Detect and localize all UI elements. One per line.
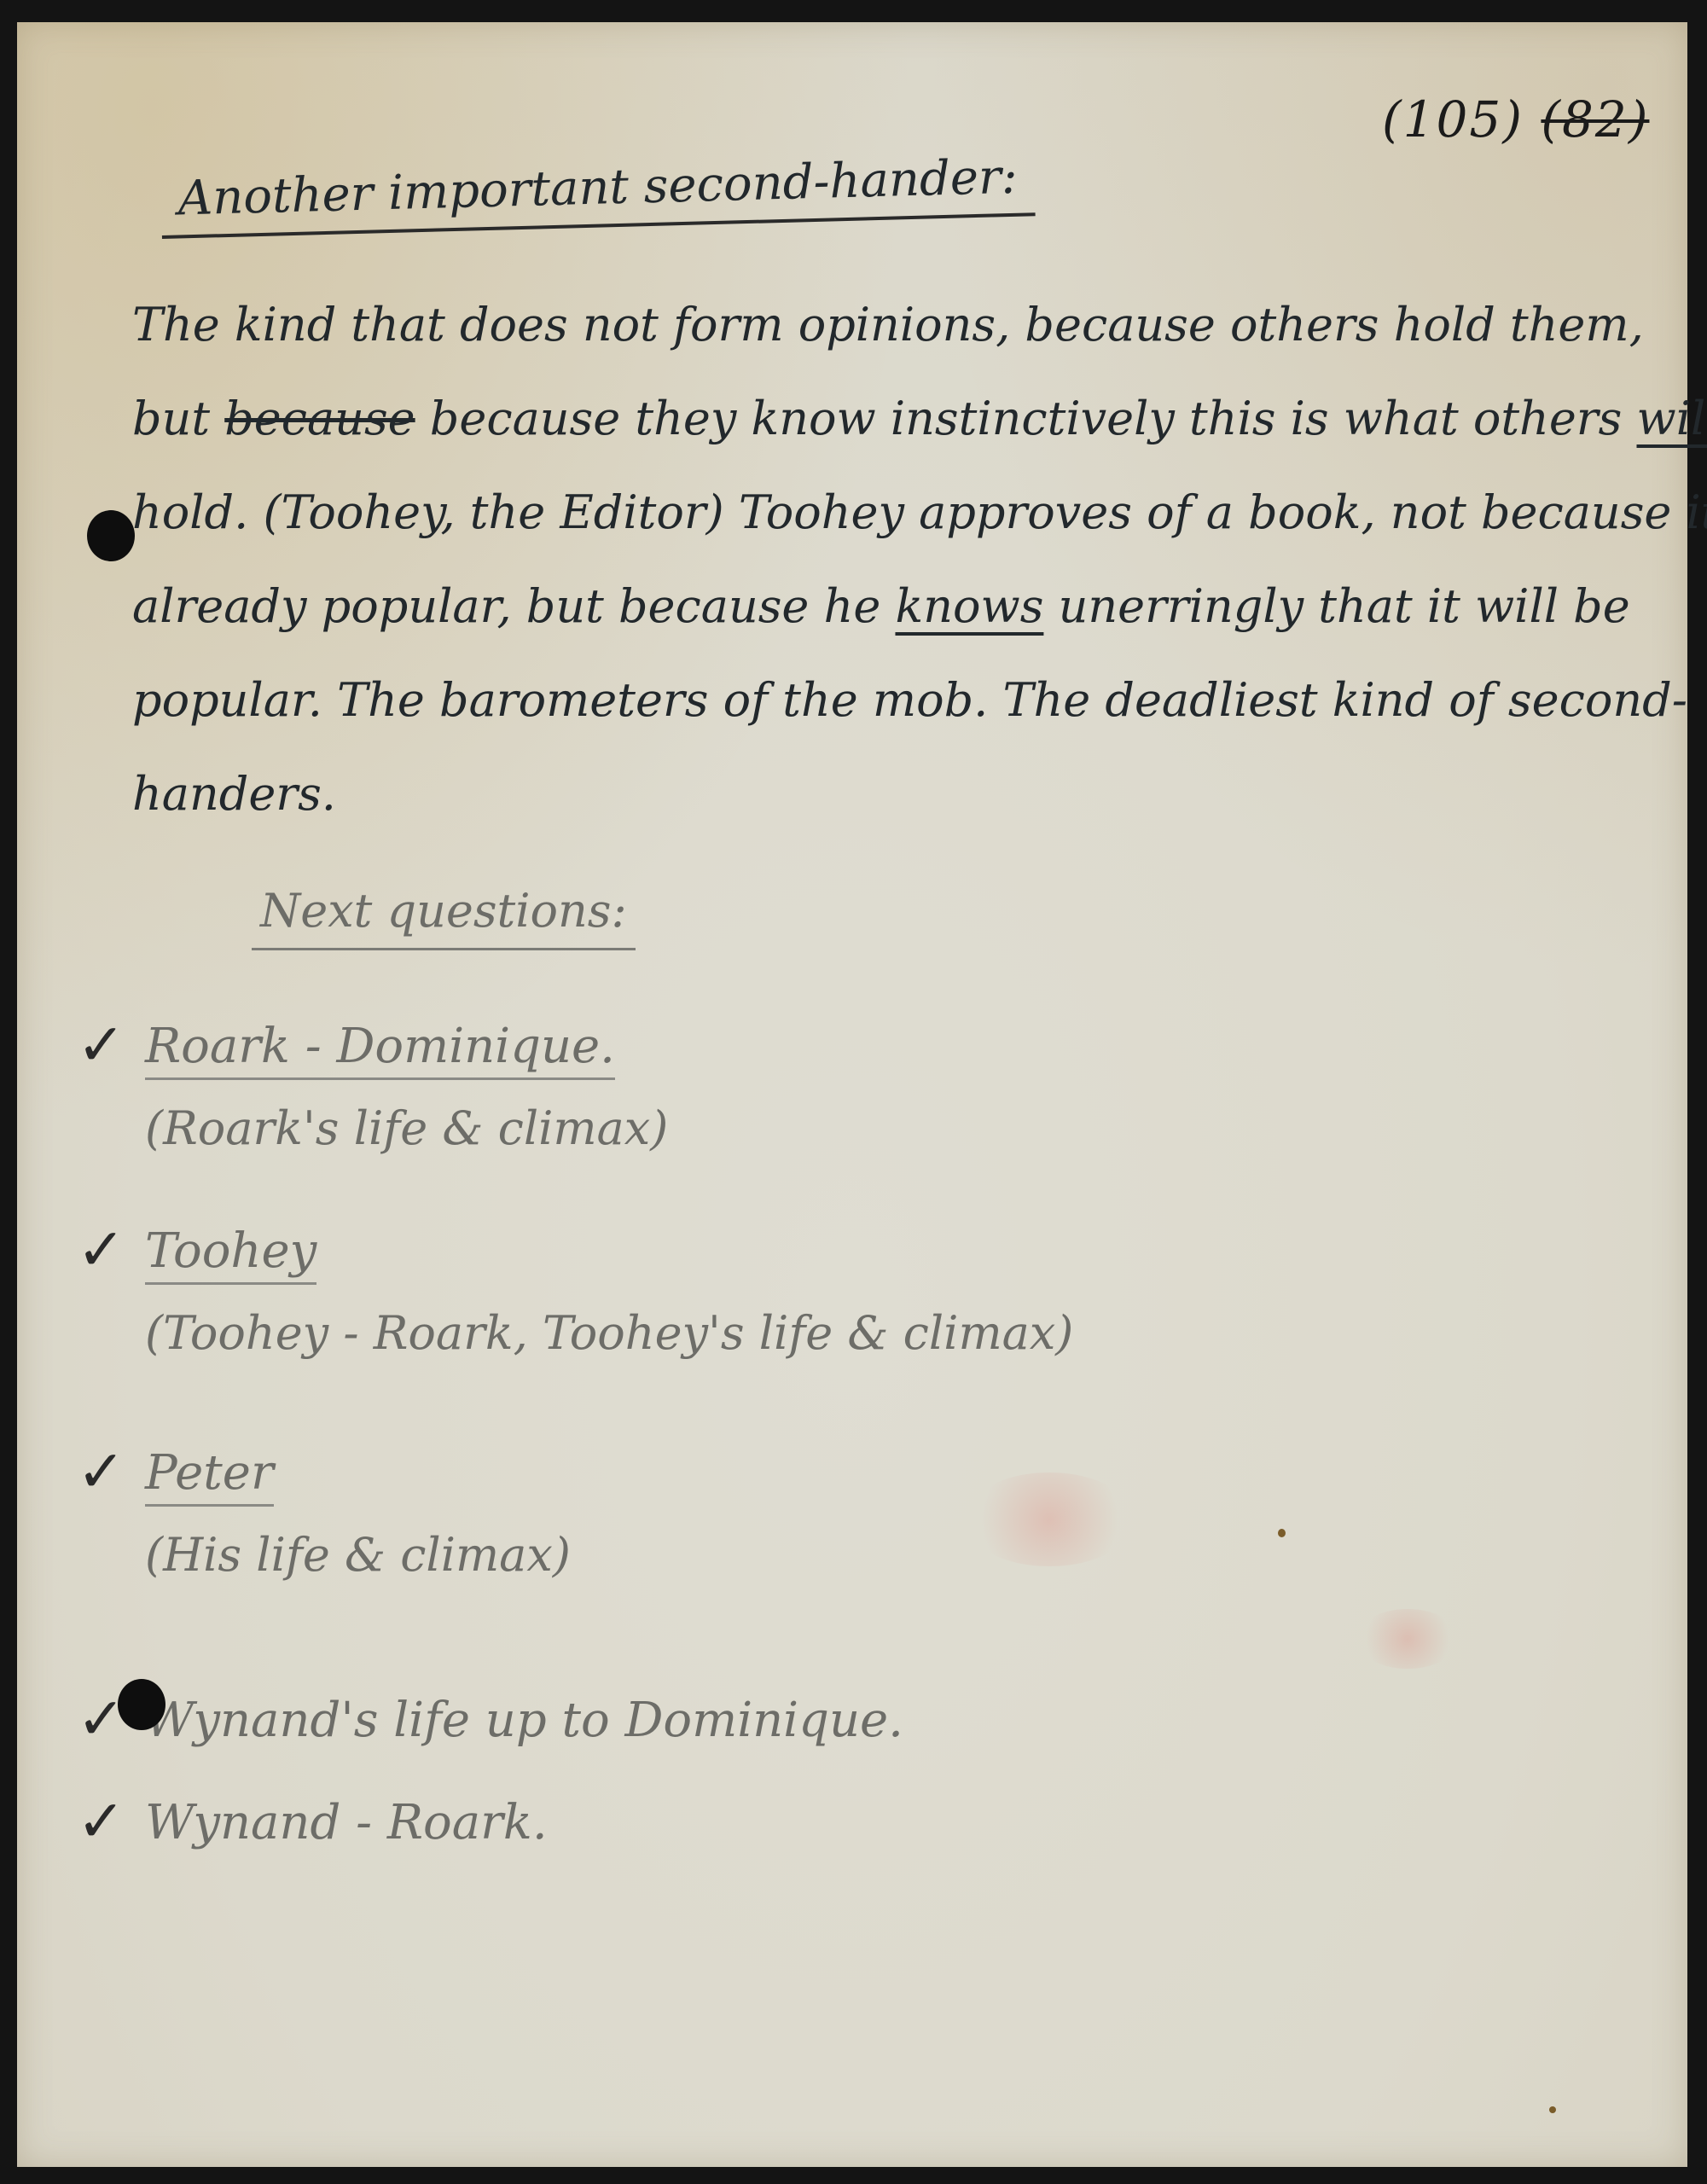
question-subtitle: (Roark's life & climax) [145, 1101, 668, 1155]
checkmark-icon: ✓ [77, 1012, 125, 1079]
page-number-current: (105) [1382, 90, 1524, 148]
body-line: already popular, but because he knows un… [132, 560, 1634, 653]
question-title: Wynand's life up to Dominique. [145, 1693, 903, 1748]
punch-hole [87, 510, 135, 561]
next-questions-heading: Next questions: [252, 884, 636, 950]
question-title: Peter [145, 1445, 274, 1507]
body-line: hold. (Toohey, the Editor) Toohey approv… [132, 466, 1634, 560]
page-number: (105) (82) [1382, 90, 1649, 148]
manuscript-page: (105) (82) Another important second-hand… [17, 22, 1687, 2167]
note-heading: Another important second-hander: [160, 148, 1036, 239]
checkmark-icon: ✓ [77, 1438, 125, 1506]
checkmark-icon: ✓ [77, 1217, 125, 1284]
paper-stain [964, 1472, 1135, 1566]
page-number-struck: (82) [1541, 90, 1649, 148]
body-line: but because because they know instinctiv… [132, 372, 1634, 466]
paper-spot [1278, 1529, 1286, 1537]
underlined-word: knows [895, 579, 1043, 633]
note-body: The kind that does not form opinions, be… [132, 278, 1634, 841]
paper-spot [1549, 2106, 1556, 2113]
checkmark-icon: ✓ [77, 1788, 125, 1856]
question-title: Roark - Dominique. [145, 1019, 615, 1080]
question-subtitle: (His life & climax) [145, 1528, 571, 1582]
question-title: Wynand - Roark. [145, 1795, 548, 1850]
body-line: The kind that does not form opinions, be… [132, 278, 1634, 372]
punch-hole [118, 1679, 165, 1730]
question-subtitle: (Toohey - Roark, Toohey's life & climax) [145, 1306, 1073, 1360]
paper-stain [1356, 1609, 1459, 1669]
underlined-word: will [1636, 392, 1707, 445]
body-line: handers. [132, 747, 1634, 841]
question-title: Toohey [145, 1223, 316, 1285]
struck-word: because [224, 392, 415, 445]
body-line: popular. The barometers of the mob. The … [132, 653, 1634, 747]
